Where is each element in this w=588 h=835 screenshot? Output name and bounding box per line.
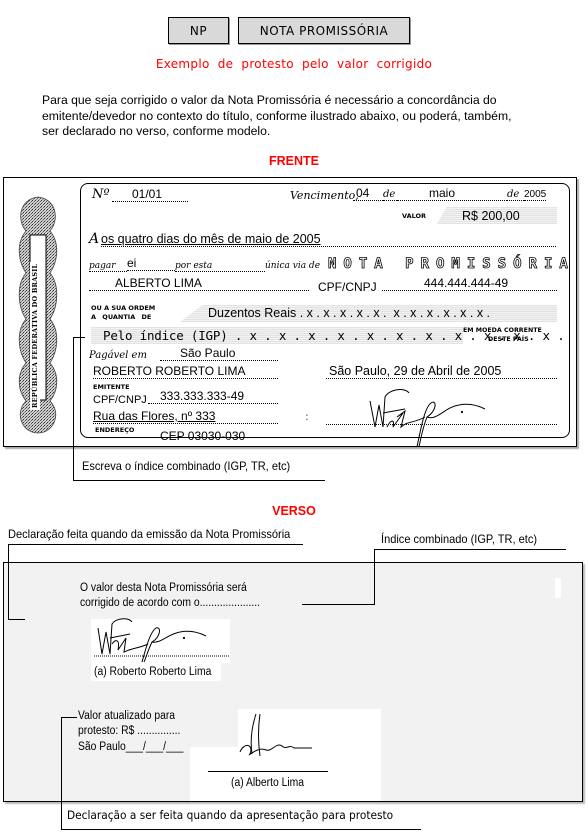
page-title: NOTA PROMISSÓRIA — [238, 17, 410, 44]
emission-callout-text: Declaração feita quando da emissão da No… — [8, 527, 290, 541]
index-callout-h — [302, 604, 375, 605]
index-callout-v — [374, 549, 375, 605]
signature-2-area-left — [190, 747, 240, 801]
statement-line-1: O valor desta Nota Promissória será — [80, 581, 247, 596]
signature-roberto-icon — [365, 387, 500, 449]
verso-section-title: VERSO — [0, 504, 588, 518]
valor-value: R$ 200,00 — [462, 209, 520, 223]
np-tag: NP — [168, 17, 229, 44]
intro-line: emitente/devedor no contexto do título, … — [42, 109, 562, 125]
front-section-title: FRENTE — [0, 154, 588, 168]
intro-paragraph: Para que seja corrigido o valor da Nota … — [42, 93, 562, 140]
protest-line-1: Valor atualizado para — [78, 709, 175, 724]
issuer-name: ROBERTO ROBERTO LIMA — [93, 364, 278, 379]
date-line: os quatro dias do mês de maio de 2005 — [101, 232, 556, 247]
paper-marker — [555, 578, 561, 598]
payee-cpf: 444.444.444-49 — [382, 276, 557, 291]
pagavel-value: São Paulo — [160, 346, 278, 361]
intro-line: Para que seja corrigido o valor da Nota … — [42, 93, 562, 109]
signature-2-line — [208, 771, 328, 772]
statement-line-2: corrigido de acordo com o...............… — [80, 596, 260, 611]
protest-callout-h — [61, 717, 77, 718]
endereco-label: ENDEREÇO — [95, 426, 134, 434]
intro-line: ser declarado no verso, conforme modelo. — [42, 124, 562, 140]
no-label: Nº — [92, 187, 110, 202]
signature-1-label: (a) Roberto Roberto Lima — [94, 665, 211, 680]
np-tag-label: NP — [190, 24, 207, 38]
moeda-label-2: DESTE PAÍS — [488, 336, 529, 344]
pagar-label: pagar — [89, 261, 127, 272]
page-title-label: NOTA PROMISSÓRIA — [260, 24, 389, 38]
callout-connector-h — [73, 337, 85, 338]
signature-2-label: (a) Alberto Lima — [231, 776, 304, 791]
callout-connector-v — [73, 337, 74, 480]
pagar-value: ei — [127, 256, 175, 271]
ordem-label-2: A QUANTIA DE — [91, 313, 151, 321]
issuer-cep: CEP 03030-030 — [160, 429, 245, 443]
date-initial: A — [89, 231, 99, 247]
unica-via-label: única via de — [265, 261, 320, 271]
protest-line-3: São Paulo___/___/___ — [78, 740, 183, 755]
protest-callout-bottom — [61, 829, 421, 830]
issuer-cpf-label: CPF/CNPJ — [93, 394, 147, 406]
venc-day: 04 — [353, 186, 383, 201]
signature-roberto-back-icon — [94, 618, 229, 663]
moeda-label-1: EM MOEDA CORRENTE — [463, 327, 542, 335]
emitente-label: EMITENTE — [93, 383, 130, 391]
front-callout-text: Escreva o índice combinado (IGP, TR, etc… — [82, 459, 290, 473]
ordem-label-1: OU A SUA ORDEM — [91, 304, 155, 312]
protest-callout-text: Declaração a ser feita quando da apresen… — [67, 808, 393, 822]
issuer-cpf: 333.333.333-49 — [148, 389, 278, 404]
payee-cpf-label: CPF/CNPJ — [318, 280, 377, 294]
no-value: 01/01 — [112, 187, 188, 202]
protest-callout-v — [61, 717, 62, 829]
amount-words: Duzentos Reais . x . x . x . x . x . x .… — [208, 306, 490, 320]
issue-place-date: São Paulo, 29 de Abril de 2005 — [326, 364, 557, 379]
callout-connector-bottom — [73, 480, 325, 481]
protest-line-2: protesto: R$ ............... — [78, 724, 180, 739]
venc-year: 2005 — [524, 189, 546, 201]
issuer-address: Rua das Flores, nº 333 — [93, 409, 278, 424]
signature-alberto-icon — [236, 712, 316, 762]
emission-callout-h — [8, 619, 25, 620]
por-esta-label: por esta — [175, 261, 265, 272]
emission-callout-v — [8, 544, 9, 620]
de-label-1: de — [383, 189, 397, 201]
np-title-stamp: NOTA PROMISSÓRIA — [328, 256, 575, 272]
subtitle: Exemplo de protesto pelo valor corrigido — [0, 57, 588, 71]
side-text: REPÚBLICA FEDERATIVA DO BRASIL — [30, 262, 40, 410]
vencimento-label: Vencimento, — [290, 189, 359, 202]
pagavel-label: Pagável em — [89, 350, 147, 361]
emission-callout-topline — [8, 544, 303, 545]
colon-mark: : — [305, 410, 309, 423]
payee-name: ALBERTO LIMA — [89, 276, 309, 291]
valor-label: VALOR — [402, 212, 426, 220]
de-label-2: de — [507, 189, 524, 201]
index-callout-text: Índice combinado (IGP, TR, etc) — [381, 532, 537, 546]
venc-month: maio — [397, 186, 507, 201]
index-callout-topline — [374, 549, 566, 550]
